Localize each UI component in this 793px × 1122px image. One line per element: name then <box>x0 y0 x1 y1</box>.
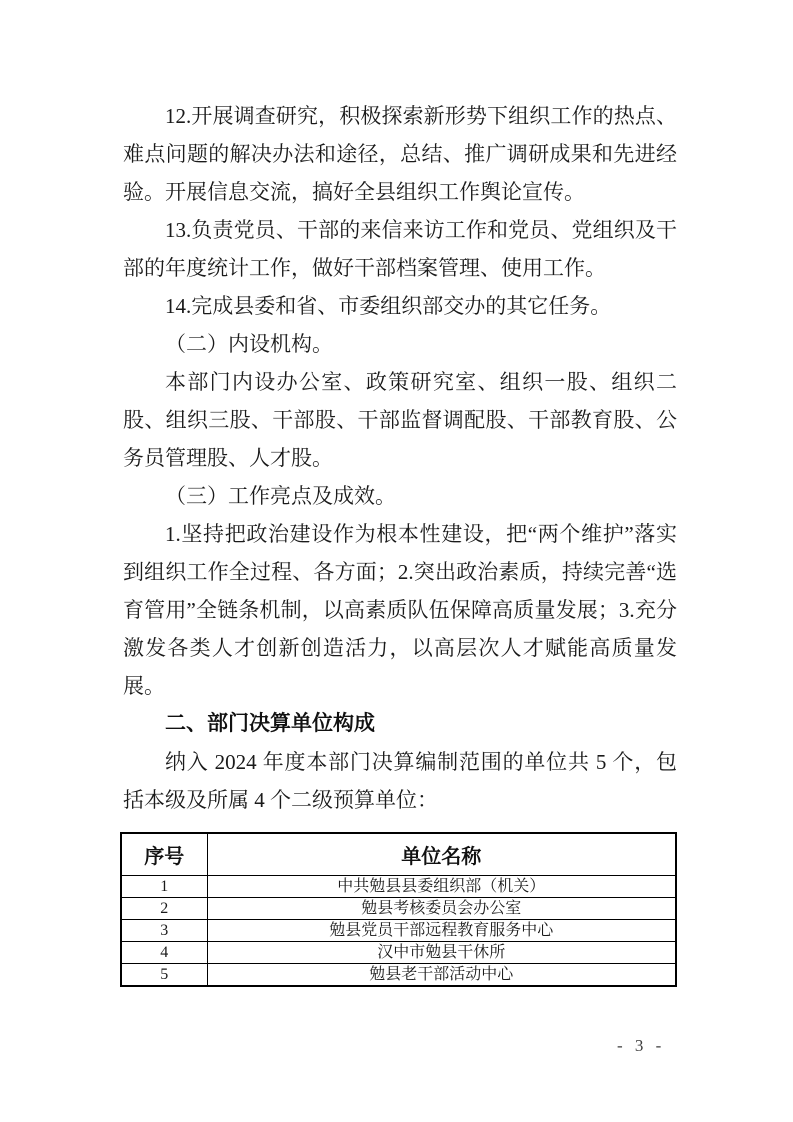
paragraph-duty-12: 12.开展调查研究，积极探索新形势下组织工作的热点、难点问题的解决办法和途径，总… <box>123 97 677 211</box>
subsection-heading-work-highlights: （三）工作亮点及成效。 <box>123 477 677 515</box>
budget-units-table: 序号 单位名称 1 中共勉县县委组织部（机关） 2 勉县考核委员会办公室 3 勉… <box>120 832 677 987</box>
cell-index: 4 <box>121 941 207 963</box>
paragraph-budget-units-intro: 纳入 2024 年度本部门决算编制范围的单位共 5 个，包括本级及所属 4 个二… <box>123 743 677 819</box>
cell-unit-name: 勉县党员干部远程教育服务中心 <box>207 919 676 941</box>
document-page: 12.开展调查研究，积极探索新形势下组织工作的热点、难点问题的解决办法和途径，总… <box>0 0 793 1122</box>
cell-index: 2 <box>121 897 207 919</box>
cell-unit-name: 中共勉县县委组织部（机关） <box>207 875 676 897</box>
page-number: - 3 - <box>617 1036 665 1056</box>
table-row: 2 勉县考核委员会办公室 <box>121 897 676 919</box>
table-row: 5 勉县老干部活动中心 <box>121 963 676 986</box>
paragraph-work-highlights: 1.坚持把政治建设作为根本性建设，把“两个维护”落实到组织工作全过程、各方面；2… <box>123 515 677 705</box>
cell-unit-name: 勉县老干部活动中心 <box>207 963 676 986</box>
table-row: 4 汉中市勉县干休所 <box>121 941 676 963</box>
subsection-heading-internal-organs: （二）内设机构。 <box>123 325 677 363</box>
table-row: 1 中共勉县县委组织部（机关） <box>121 875 676 897</box>
section-heading-budget-units: 二、部门决算单位构成 <box>123 705 677 743</box>
paragraph-duty-14: 14.完成县委和省、市委组织部交办的其它任务。 <box>123 287 677 325</box>
table-header-row: 序号 单位名称 <box>121 833 676 875</box>
cell-index: 3 <box>121 919 207 941</box>
cell-index: 1 <box>121 875 207 897</box>
col-header-unit-name: 单位名称 <box>207 833 676 875</box>
table-row: 3 勉县党员干部远程教育服务中心 <box>121 919 676 941</box>
cell-unit-name: 勉县考核委员会办公室 <box>207 897 676 919</box>
document-content: 12.开展调查研究，积极探索新形势下组织工作的热点、难点问题的解决办法和途径，总… <box>123 97 677 987</box>
col-header-index: 序号 <box>121 833 207 875</box>
cell-unit-name: 汉中市勉县干休所 <box>207 941 676 963</box>
paragraph-duty-13: 13.负责党员、干部的来信来访工作和党员、党组织及干部的年度统计工作，做好干部档… <box>123 211 677 287</box>
cell-index: 5 <box>121 963 207 986</box>
paragraph-internal-organs: 本部门内设办公室、政策研究室、组织一股、组织二股、组织三股、干部股、干部监督调配… <box>123 363 677 477</box>
